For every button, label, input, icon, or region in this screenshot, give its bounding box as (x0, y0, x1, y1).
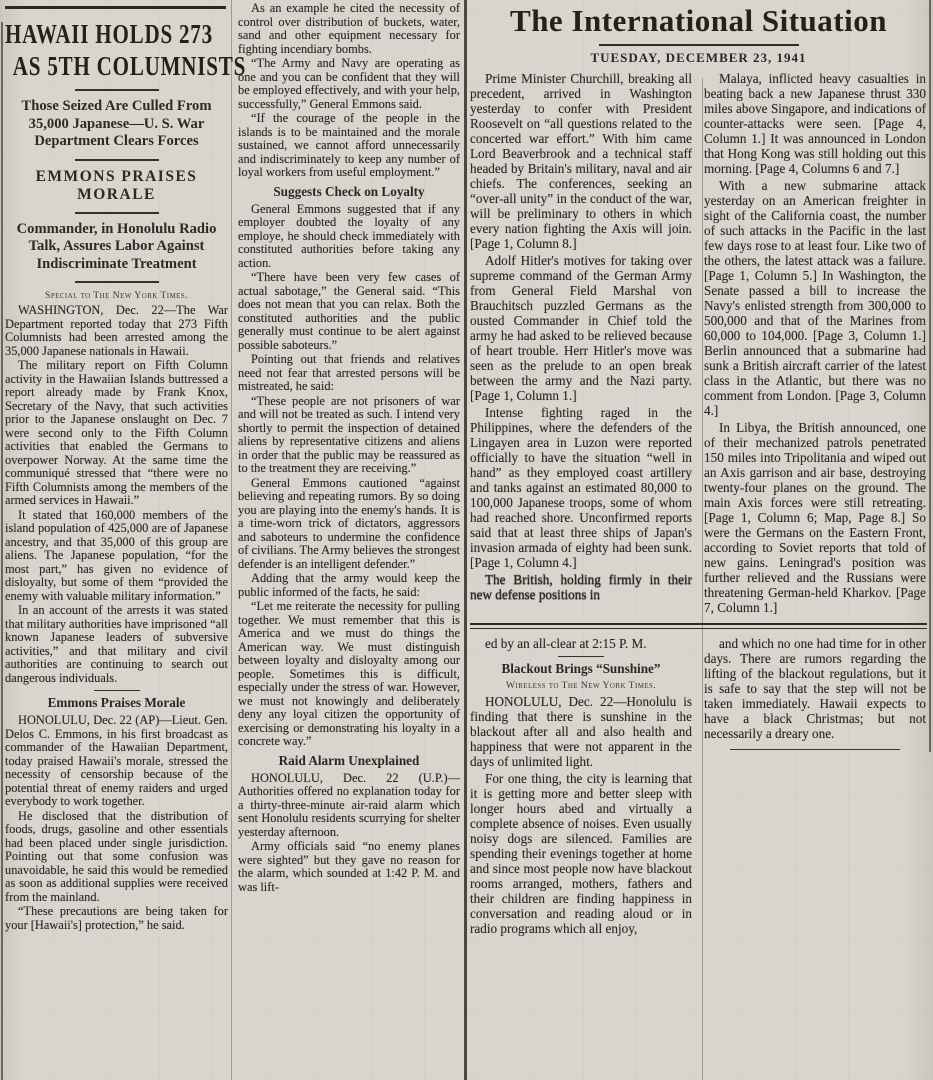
paragraph: and which no one had time for in other d… (704, 636, 926, 741)
feature-columns: Prime Minister Churchill, breaking all p… (470, 71, 927, 617)
feature-title: The International Situation (470, 4, 927, 38)
wire-credit: Special to The New York Times. (5, 290, 228, 301)
paragraph: Intense fighting raged in the Philippine… (470, 405, 692, 570)
section-rule (94, 690, 140, 691)
paragraph: “These people are not prisoners of war a… (238, 395, 460, 476)
paragraph: In an account of the arrests it was stat… (5, 604, 228, 685)
paragraph: HONOLULU, Dec. 22—Honolulu is finding th… (470, 694, 692, 769)
feature-column-right: Malaya, inflicted heavy casualties in be… (704, 71, 926, 617)
paragraph: For one thing, the city is learning that… (470, 771, 692, 936)
blackout-article-column: ed by an all-clear at 2:15 P. M. Blackou… (470, 636, 692, 938)
article-hawaii-columnists: HAWAII HOLDS 273 AS 5TH COLUMNISTS Those… (5, 6, 228, 933)
paragraph: “There have been very few cases of actua… (238, 271, 460, 352)
wire-credit: Wireless to The New York Times. (470, 680, 692, 691)
feature-column-left: Prime Minister Churchill, breaking all p… (470, 71, 692, 617)
section-rule (75, 281, 159, 283)
paragraph: “If the courage of the people in the isl… (238, 112, 460, 180)
deck-commander: Commander, in Honolulu Radio Talk, Assur… (5, 221, 228, 274)
paragraph: Pointing out that friends and relatives … (238, 353, 460, 394)
crosshead-emmons-praises-morale: EMMONS PRAISES MORALE (5, 168, 228, 204)
paragraph: The military report on Fifth Column acti… (5, 359, 228, 508)
headline-line-2: AS 5TH COLUMNISTS (5, 51, 246, 81)
below-feature-columns: ed by an all-clear at 2:15 P. M. Blackou… (470, 636, 927, 938)
article-end-rule (730, 749, 900, 750)
right-edge-rule (929, 0, 931, 752)
paragraph: Adolf Hitler's motives for taking over s… (470, 253, 692, 403)
paragraph: In Libya, the British announced, one of … (704, 420, 926, 615)
section-rule (75, 89, 159, 91)
paragraph: WASHINGTON, Dec. 22—The War Department r… (5, 304, 228, 358)
paragraph: Malaya, inflicted heavy casualties in be… (704, 71, 926, 176)
subhead-blackout-brings-sunshine: Blackout Brings “Sunshine” (470, 661, 692, 677)
column-rule-2 (464, 0, 467, 1080)
international-situation-feature: The International Situation TUESDAY, DEC… (470, 4, 927, 938)
column-rule-1 (231, 0, 232, 1080)
article-continuation-column: As an example he cited the necessity of … (238, 2, 460, 895)
paragraph: The British, holding firmly in their new… (470, 572, 692, 602)
paragraph: “The Army and Navy are operating as one … (238, 57, 460, 111)
title-rule (599, 44, 799, 46)
subhead-raid-alarm-unexplained: Raid Alarm Unexplained (238, 753, 460, 769)
feature-bottom-rule (470, 623, 927, 629)
continuation-line: ed by an all-clear at 2:15 P. M. (470, 636, 692, 651)
paragraph: General Emmons suggested that if any emp… (238, 203, 460, 271)
headline-line-1: HAWAII HOLDS 273 (5, 19, 213, 49)
headline: HAWAII HOLDS 273 AS 5TH COLUMNISTS (5, 17, 228, 81)
paragraph: “Let me reiterate the necessity for pull… (238, 600, 460, 749)
section-rule (75, 159, 159, 161)
feature-dateline: TUESDAY, DECEMBER 23, 1941 (470, 50, 927, 66)
paragraph: HONOLULU, Dec. 22 (U.P.)—Authorities off… (238, 772, 460, 840)
paragraph: “These precautions are being taken for y… (5, 905, 228, 932)
section-rule (75, 212, 159, 214)
paragraph: General Emmons cautioned “against believ… (238, 477, 460, 572)
blackout-article-end-column: and which no one had time for in other d… (704, 636, 926, 938)
paragraph: With a new submarine attack yesterday on… (704, 178, 926, 418)
subhead-suggests-check-on-loyalty: Suggests Check on Loyalty (238, 184, 460, 200)
subhead-emmons-praises-morale: Emmons Praises Morale (5, 695, 228, 711)
paragraph: Prime Minister Churchill, breaking all p… (470, 71, 692, 251)
paragraph: HONOLULU, Dec. 22 (AP)—Lieut. Gen. Delos… (5, 714, 228, 809)
paragraph: Adding that the army would keep the publ… (238, 572, 460, 599)
newspaper-page: HAWAII HOLDS 273 AS 5TH COLUMNISTS Those… (0, 0, 933, 1080)
paragraph: It stated that 160,000 members of the is… (5, 509, 228, 604)
paragraph: He disclosed that the distribution of fo… (5, 810, 228, 905)
headline-top-rule (5, 6, 226, 9)
paragraph: As an example he cited the necessity of … (238, 2, 460, 56)
deck-headline: Those Seized Are Culled From 35,000 Japa… (5, 98, 228, 151)
left-edge-rule (1, 22, 3, 1080)
paragraph: Army officials said “no enemy planes wer… (238, 840, 460, 894)
section-rule (558, 656, 604, 657)
